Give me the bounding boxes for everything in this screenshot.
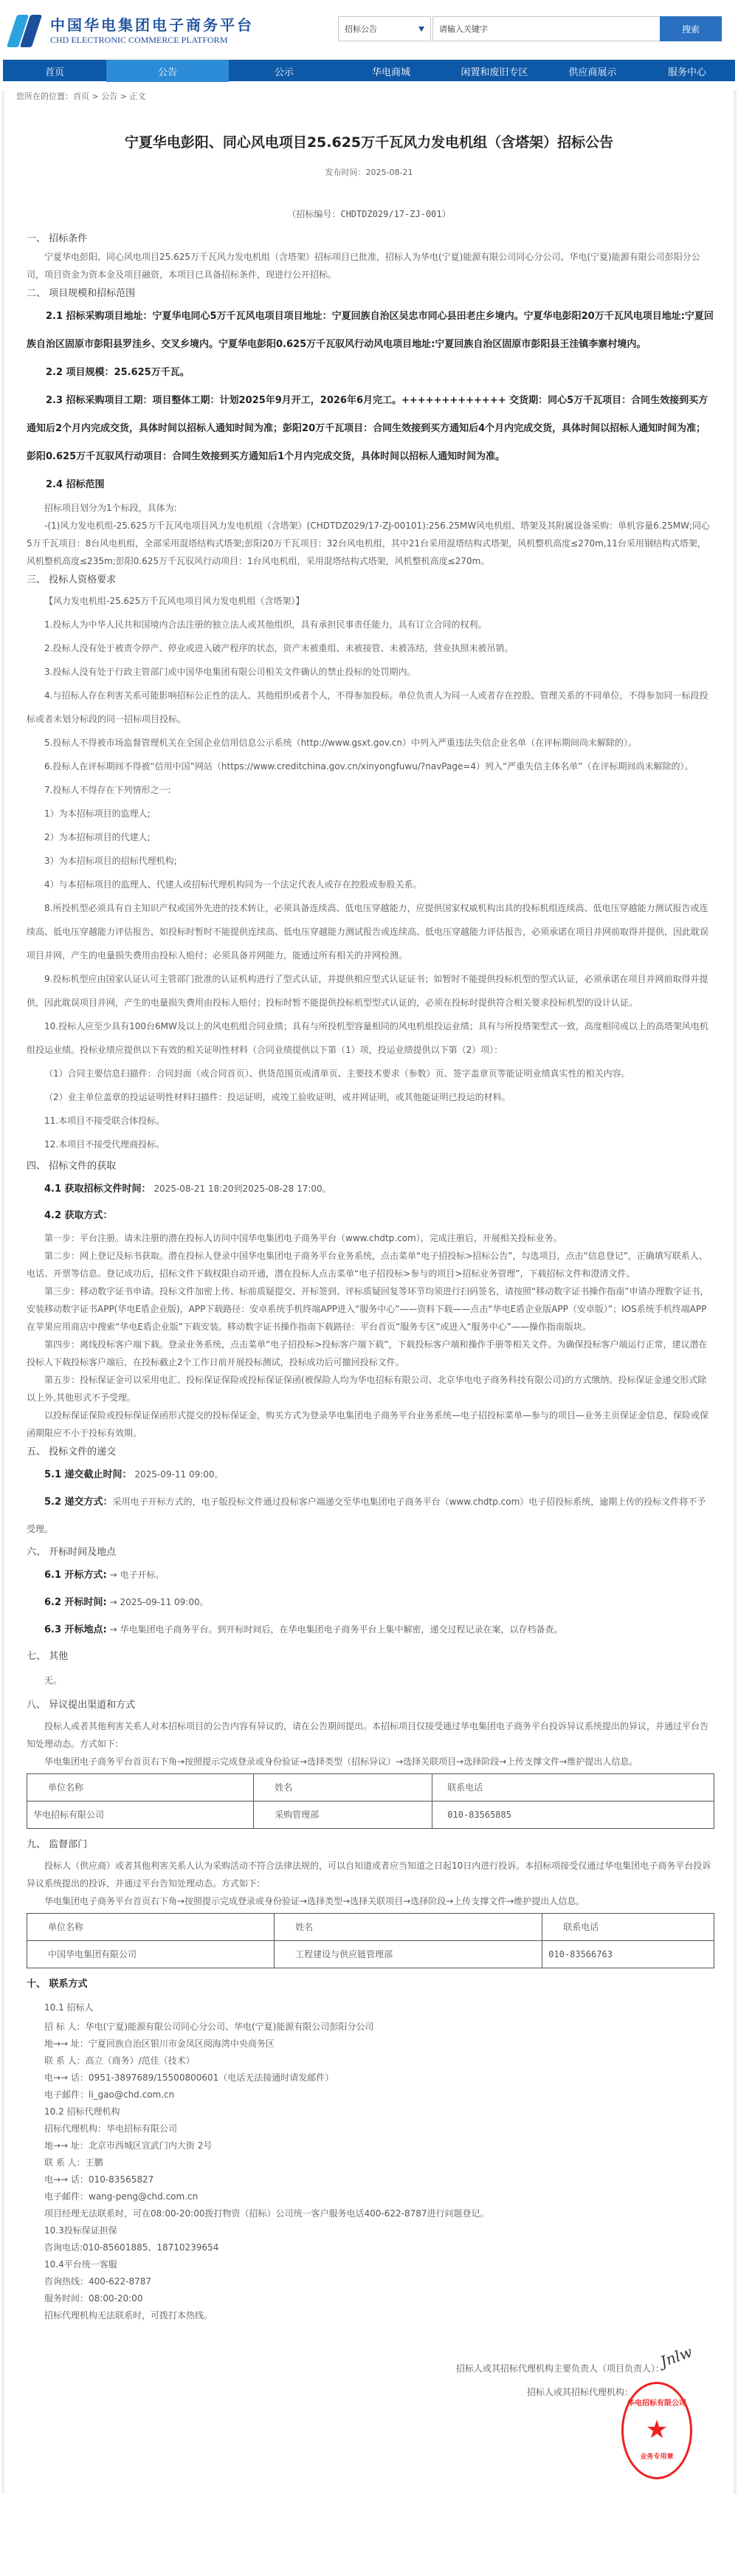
paragraph: 华电集团电子商务平台首页右下角→按照提示完成登录或身份验证→选择类型（招标异议）… bbox=[27, 1753, 714, 1770]
opening-place-row: 6.3 开标地点: → 华电集团电子商务平台。到开标时间后，在华电集团电子商务平… bbox=[27, 1616, 714, 1644]
contact-line: 招 标 人：华电(宁夏)能源有限公司同心分公司、华电(宁夏)能源有限公司彭阳分公… bbox=[44, 2019, 714, 2036]
opening-time-label: 6.2 开标时间: bbox=[44, 1597, 107, 1608]
requirement-subitem: 1）为本招标项目的监理人; bbox=[27, 802, 714, 825]
table-cell: 采购管理部 bbox=[254, 1802, 432, 1829]
paragraph: 宁夏华电彭阳、同心风电项目25.625万千瓦风力发电机组（含塔架）招标项目已批准… bbox=[27, 248, 714, 284]
step-item: 以投标保证保险或投标保证保函形式提交的投标保证金，购买方式为登录华电集团电子商务… bbox=[27, 1407, 714, 1442]
logo-mark-icon bbox=[10, 13, 44, 49]
nav-item-announcement[interactable]: 公告 bbox=[106, 60, 229, 82]
doc-time-label: 4.1 获取招标文件时间： bbox=[44, 1184, 151, 1195]
site-header: 中国华电集团电子商务平台 CHD ELECTRONIC COMMERCE PLA… bbox=[0, 0, 738, 59]
seal-company-name: 华电招标有限公司 bbox=[627, 2395, 686, 2413]
requirement-item: 11.本项目不接受联合体投标。 bbox=[27, 1109, 714, 1133]
contact-subheading: 10.2 招标代理机构 bbox=[44, 2103, 714, 2120]
paragraph: 华电集团电子商务平台首页右下角→按照提示完成登录或身份验证→选择类型→选择关联项… bbox=[27, 1892, 714, 1910]
opening-time-row: 6.2 开标时间: → 2025-09-11 09:00。 bbox=[27, 1589, 714, 1616]
requirement-item: 12.本项目不接受代理商投标。 bbox=[27, 1133, 714, 1156]
requirement-item: 8.所投机型必须具有自主知识产权或国外先进的技术转让，必须具备连续高、低电压穿越… bbox=[27, 896, 714, 967]
step-item: 第二步：网上登记及标书获取。潜在投标人登录中国华电集团电子商务平台业务系统，点击… bbox=[27, 1247, 714, 1282]
objection-contact-table: 单位名称 姓名 联系电话 华电招标有限公司 采购管理部 010-83565885 bbox=[27, 1773, 714, 1829]
requirement-item: 6.投标人在评标期间不得被“信用中国”网站（https://www.credit… bbox=[27, 755, 714, 778]
deadline-label: 5.1 递交截止时间： bbox=[44, 1469, 132, 1480]
section-heading: 三、 投标人资格要求 bbox=[27, 571, 714, 589]
star-icon: ★ bbox=[646, 2417, 668, 2442]
supervision-contact-table: 单位名称 姓名 联系电话 中国华电集团有限公司 工程建设与供应链管理部 010-… bbox=[27, 1913, 714, 1968]
requirement-item: 10.投标人应至少具有100台6MW及以上的风电机组合同业绩；具有与所投机型容量… bbox=[27, 1014, 714, 1062]
nav-item-home[interactable]: 首页 bbox=[3, 60, 106, 82]
table-cell: 华电招标有限公司 bbox=[27, 1802, 254, 1829]
requirement-subitem: 4）与本招标项目的监理人、代建人或招标代理机构同为一个法定代表人或存在控股或参股… bbox=[27, 873, 714, 896]
opening-method-row: 6.1 开标方式: → 电子开标。 bbox=[27, 1562, 714, 1589]
paragraph: 2.3 招标采购项目工期：项目整体工期：计划2025年9月开工，2026年6月完… bbox=[27, 387, 714, 471]
contact-list: 10.1 招标人 招 标 人：华电(宁夏)能源有限公司同心分公司、华电(宁夏)能… bbox=[27, 1996, 714, 2324]
contact-subheading: 10.3投标保证担保 bbox=[44, 2222, 714, 2239]
seal-purpose: 业务专用章 bbox=[640, 2448, 673, 2466]
opening-place-label: 6.3 开标地点: bbox=[44, 1624, 107, 1635]
contact-line: 招标代理机构无法联系时，可拨打本热线。 bbox=[44, 2307, 714, 2324]
opening-method-value: → 电子开标。 bbox=[110, 1570, 165, 1580]
contact-line: 地→→ 址：北京市西城区宣武门内大街 2号 bbox=[44, 2137, 714, 2154]
publish-date: 发布时间：2025-08-21 bbox=[4, 166, 734, 178]
doc-method-label: 4.2 获取方式： bbox=[27, 1203, 714, 1229]
article-page: 您所在的位置：首页 > 公告 > 正文 宁夏华电彭阳、同心风电项目25.625万… bbox=[1, 90, 737, 2494]
table-header-row: 单位名称 姓名 联系电话 bbox=[27, 1774, 714, 1802]
section-heading: 二、 项目规模和招标范围 bbox=[27, 285, 714, 303]
table-cell: 中国华电集团有限公司 bbox=[27, 1941, 275, 1968]
chevron-down-icon bbox=[418, 27, 424, 32]
contact-line: 项目经理无法联系时，可在08:00-20:00拨打物资（招标）公司统一客户服务电… bbox=[44, 2205, 714, 2222]
table-row: 华电招标有限公司 采购管理部 010-83565885 bbox=[27, 1802, 714, 1829]
contact-email[interactable]: 电子邮件：li_gao@chd.com.cn bbox=[44, 2086, 714, 2103]
deadline-row: 5.1 递交截止时间： 2025-09-11 09:00。 bbox=[27, 1461, 714, 1488]
contact-email[interactable]: 电子邮件：wang-peng@chd.com.cn bbox=[44, 2188, 714, 2205]
logo-text-en: CHD ELECTRONIC COMMERCE PLATFORM bbox=[50, 34, 254, 46]
requirement-item: 1.投标人为中华人民共和国境内合法注册的独立法人或其他组织，具有承担民事责任能力… bbox=[27, 613, 714, 636]
nav-item-suppliers[interactable]: 供应商展示 bbox=[546, 60, 639, 82]
contact-subheading: 10.4平台统一客服 bbox=[44, 2256, 714, 2273]
deadline-value: 2025-09-11 09:00。 bbox=[134, 1469, 223, 1480]
submit-method-value: 采用电子开标方式的，电子版投标文件通过投标客户端递交至华电集团电子商务平台（ww… bbox=[27, 1497, 706, 1534]
logo-text-cn: 中国华电集团电子商务平台 bbox=[50, 16, 254, 34]
search-input[interactable] bbox=[432, 16, 660, 41]
signatory-label: 招标人或其招标代理机构主要负责人（项目负责人）： bbox=[456, 2360, 664, 2377]
section-heading: 四、 招标文件的获取 bbox=[27, 1158, 714, 1175]
company-seal-icon: 华电招标有限公司 ★ 业务专用章 bbox=[621, 2382, 692, 2479]
contact-line: 地→→ 址：宁夏回族自治区银川市金凤区阅海湾中央商务区 bbox=[44, 2036, 714, 2053]
contact-line: 咨询电话:010-85601885、18710239654 bbox=[44, 2239, 714, 2256]
bid-number: （招标编号：CHDTDZ029/17-ZJ-001） bbox=[4, 207, 734, 220]
requirement-subitem: （1）合同主要信息扫描件：合同封面（或合同首页）、供货范围页或清单页、主要技术要… bbox=[27, 1062, 714, 1085]
nav-item-mall[interactable]: 华电商城 bbox=[339, 60, 443, 82]
main-nav: 首页 公告 公示 华电商城 闲置和废旧专区 供应商展示 服务中心 bbox=[3, 59, 735, 81]
search-category-value: 招标公告 bbox=[345, 23, 377, 35]
paragraph: 2.2 项目规模：25.625万千瓦。 bbox=[27, 359, 714, 387]
section-heading: 十、 联系方式 bbox=[27, 1973, 714, 1996]
submit-method-row: 5.2 递交方式：采用电子开标方式的，电子版投标文件通过投标客户端递交至华电集团… bbox=[27, 1488, 714, 1542]
nav-item-service-center[interactable]: 服务中心 bbox=[639, 60, 735, 82]
requirement-item: 9.投标机型应由国家认证认可主管部门批准的认证机构进行了型式认证，并提供相应型式… bbox=[27, 967, 714, 1014]
opening-method-label: 6.1 开标方式: bbox=[44, 1570, 107, 1581]
agency-label: 招标人或其招标代理机构： bbox=[527, 2383, 633, 2401]
requirement-subitem: 2）为本招标项目的代建人; bbox=[27, 825, 714, 849]
page-title: 宁夏华电彭阳、同心风电项目25.625万千瓦风力发电机组（含塔架）招标公告 bbox=[4, 131, 734, 151]
contact-line: 服务时间：08:00-20:00 bbox=[44, 2290, 714, 2307]
contact-line: 电→→ 话：010-83565827 bbox=[44, 2171, 714, 2188]
contact-subheading: 10.1 招标人 bbox=[44, 1996, 714, 2019]
contact-line: 电→→ 话：0951-3897689/15500800601（电话无法接通时请发… bbox=[44, 2070, 714, 2086]
contact-line: 联 系 人：王鹏 bbox=[44, 2154, 714, 2171]
article-body: 一、 招标条件 宁夏华电彭阳、同心风电项目25.625万千瓦风力发电机组（含塔架… bbox=[4, 220, 734, 2494]
table-header: 姓名 bbox=[254, 1774, 432, 1802]
section-heading: 一、 招标条件 bbox=[27, 230, 714, 248]
table-header: 单位名称 bbox=[27, 1774, 254, 1802]
paragraph: 投标人或者其他利害关系人对本招标项目的公告内容有异议的，请在公告期间提出。本招标… bbox=[27, 1717, 714, 1753]
section-heading: 九、 监督部门 bbox=[27, 1833, 714, 1857]
requirement-item: 5.投标人不得被市场监督管理机关在全国企业信用信息公示系统（http://www… bbox=[27, 731, 714, 755]
submit-method-label: 5.2 递交方式： bbox=[44, 1497, 113, 1508]
section-heading: 八、 异议提出渠道和方式 bbox=[27, 1694, 714, 1717]
requirement-subitem: （2）业主单位盖章的投运证明性材料扫描件：投运证明，或竣工验收证明，或并网证明，… bbox=[27, 1085, 714, 1109]
table-row: 中国华电集团有限公司 工程建设与供应链管理部 010-83566763 bbox=[27, 1941, 714, 1968]
section-heading: 六、 开标时间及地点 bbox=[27, 1544, 714, 1562]
step-item: 第五步：投标保证金可以采用电汇、投标保证保险或投标保证保函(被保险人均为华电招标… bbox=[27, 1371, 714, 1407]
table-header-row: 单位名称 姓名 联系电话 bbox=[27, 1914, 714, 1941]
table-cell: 010-83565885 bbox=[432, 1802, 714, 1829]
handwritten-signature: Jnlw bbox=[658, 2343, 694, 2371]
paragraph: 2.4 招标范围 bbox=[27, 471, 714, 499]
paragraph: 无。 bbox=[27, 1669, 714, 1692]
paragraph: -(1)风力发电机组-25.625万千瓦风电项目风力发电机组（含塔架）(CHDT… bbox=[27, 517, 714, 570]
requirement-item: 7.投标人不得存在下列情形之一: bbox=[27, 778, 714, 802]
paragraph: 2.1 招标采购项目地址：宁夏华电同心5万千瓦风电项目项目地址：宁夏回族自治区吴… bbox=[27, 303, 714, 359]
table-header: 联系电话 bbox=[432, 1774, 714, 1802]
step-item: 第一步：平台注册。请未注册的潜在投标人访问中国华电集团电子商务平台（www.ch… bbox=[27, 1229, 714, 1247]
opening-place-value: → 华电集团电子商务平台。到开标时间后，在华电集团电子商务平台上集中解密，递交过… bbox=[110, 1624, 563, 1635]
requirement-subitem: 3）为本招标项目的招标代理机构; bbox=[27, 849, 714, 873]
site-logo[interactable]: 中国华电集团电子商务平台 CHD ELECTRONIC COMMERCE PLA… bbox=[10, 13, 254, 49]
requirement-item: 3.投标人没有处于行政主管部门或中国华电集团有限公司相关文件确认的禁止投标的处罚… bbox=[27, 660, 714, 684]
requirement-item: 2.投标人没有处于被责令停产、停业或进入破产程序的状态，资产未被重组、未被接管、… bbox=[27, 636, 714, 660]
section-heading: 五、 投标文件的递交 bbox=[27, 1443, 714, 1461]
nav-item-publicity[interactable]: 公示 bbox=[229, 60, 339, 82]
paragraph: 投标人（供应商）或者其他利害关系人认为采购活动不符合法律法规的，可以自知道或者应… bbox=[27, 1857, 714, 1892]
breadcrumb[interactable]: 您所在的位置：首页 > 公告 > 正文 bbox=[16, 90, 734, 103]
doc-time-row: 4.1 获取招标文件时间： 2025-08-21 18:20到2025-08-2… bbox=[27, 1175, 714, 1203]
contact-line: 联 系 人：高立（商务）/范佳（技术） bbox=[44, 2053, 714, 2070]
signature-block: 招标人或其招标代理机构主要负责人（项目负责人）： Jnlw 招标人或其招标代理机… bbox=[27, 2346, 714, 2494]
step-item: 第三步：移动数字证书申请。投标文件加密上传、标前质疑提交、开标签到、评标质疑回复… bbox=[27, 1282, 714, 1336]
search-category-select[interactable]: 招标公告 bbox=[338, 16, 431, 41]
doc-time-value: 2025-08-21 18:20到2025-08-28 17:00。 bbox=[154, 1184, 331, 1194]
opening-time-value: → 2025-09-11 09:00。 bbox=[110, 1597, 209, 1607]
nav-item-idle-zone[interactable]: 闲置和废旧专区 bbox=[443, 60, 546, 82]
section-heading: 七、 其他 bbox=[27, 1645, 714, 1669]
table-cell: 010-83566763 bbox=[542, 1941, 714, 1968]
search-bar: 招标公告 搜索 bbox=[338, 16, 722, 41]
table-cell: 工程建设与供应链管理部 bbox=[275, 1941, 542, 1968]
search-button[interactable]: 搜索 bbox=[660, 16, 722, 41]
contact-line: 招标代理机构：华电招标有限公司 bbox=[44, 2120, 714, 2137]
table-header: 单位名称 bbox=[27, 1914, 275, 1941]
contact-line: 咨询热线：400-622-8787 bbox=[44, 2273, 714, 2290]
table-header: 姓名 bbox=[275, 1914, 542, 1941]
step-item: 第四步：离线投标客户端下载。登录业务系统，点击菜单“电子招投标>投标客户端下载”… bbox=[27, 1336, 714, 1371]
table-header: 联系电话 bbox=[542, 1914, 714, 1941]
requirement-item: 4.与招标人存在利害关系可能影响招标公正性的法人、其他组织或者个人，不得参加投标… bbox=[27, 684, 714, 731]
lot-title: 【风力发电机组-25.625万千瓦风电项目风力发电机组（含塔架）】 bbox=[27, 589, 714, 613]
paragraph: 招标项目划分为1个标段，具体为: bbox=[27, 499, 714, 517]
